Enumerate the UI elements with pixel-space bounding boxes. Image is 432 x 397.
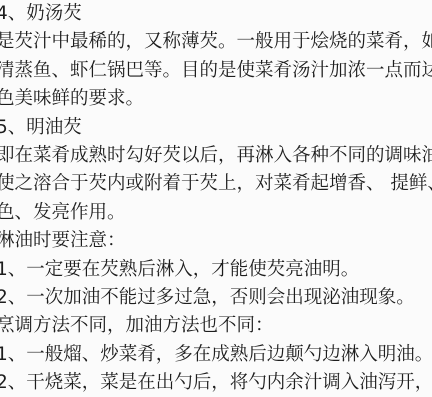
text-line: 4、奶汤芡	[0, 0, 432, 28]
text-line: 是芡汁中最稀的，又称薄芡。一般用于烩烧的菜肴，如	[0, 28, 432, 56]
text-line: 色、发亮作用。	[0, 199, 432, 227]
text-line: 2、干烧菜，菜是在出勺后，将勺内余汁调入油泻开，浇	[0, 369, 432, 384]
text-line: 色美味鲜的要求。	[0, 85, 432, 113]
text-line: 使之溶合于芡内或附着于芡上，对菜肴起增香、 提鲜、	[0, 170, 432, 198]
text-line: 淋油时要注意：	[0, 227, 432, 255]
text-line: 5、明油芡	[0, 114, 432, 142]
text-line: 1、一般熘、炒菜肴，多在成熟后边颠勺边淋入明油。	[0, 341, 432, 369]
text-line: 即在菜肴成熟时勾好芡以后，再淋入各种不同的调味油	[0, 142, 432, 170]
text-line: 2、一次加油不能过多过急，否则会出现泌油现象。	[0, 284, 432, 312]
text-line: 清蒸鱼、虾仁锅巴等。目的是使菜肴汤汁加浓一点而达	[0, 57, 432, 85]
document-page: 4、奶汤芡 是芡汁中最稀的，又称薄芡。一般用于烩烧的菜肴，如 清蒸鱼、虾仁锅巴等…	[0, 0, 432, 384]
text-line: 1、一定要在芡熟后淋入，才能使芡亮油明。	[0, 256, 432, 284]
text-line: 烹调方法不同，加油方法也不同：	[0, 312, 432, 340]
